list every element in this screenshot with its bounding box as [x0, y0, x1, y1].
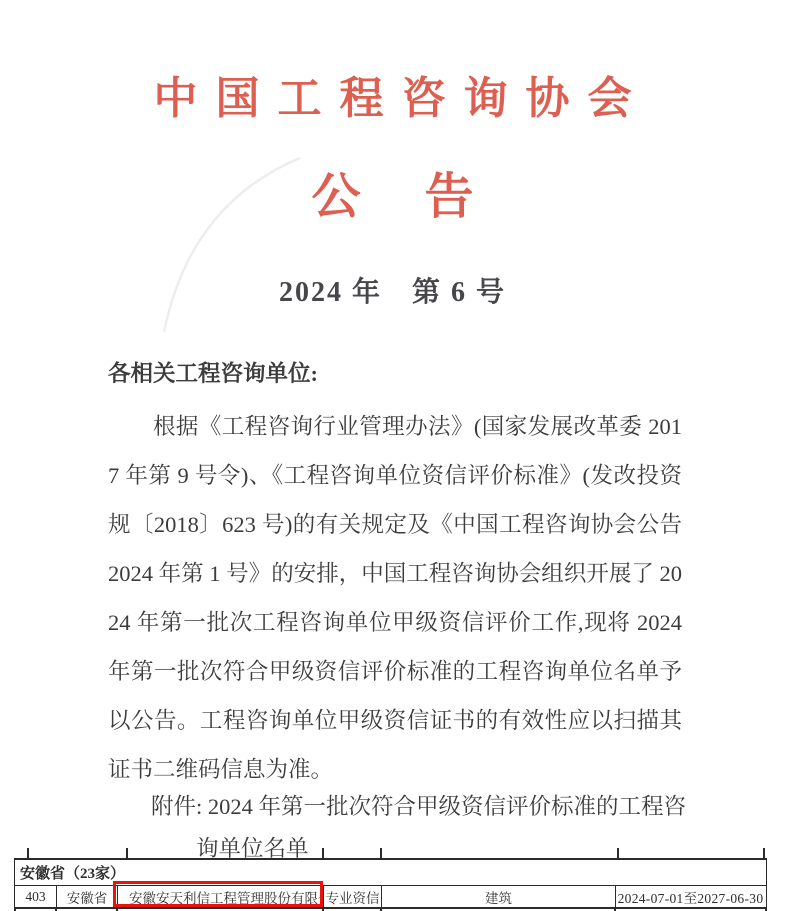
table-group-header-row: 安徽省（23家） — [15, 860, 766, 886]
salutation: 各相关工程咨询单位: — [108, 356, 318, 388]
table-gridline-stub — [763, 848, 765, 858]
cell-seq: 403 — [15, 886, 56, 907]
table-gridline-stub — [380, 848, 382, 858]
table-gridline-stub — [617, 848, 619, 858]
table-gridline-stub — [322, 848, 324, 858]
cell-specialty: 建筑 — [381, 886, 615, 907]
table-grid: 安徽省（23家） 403 安徽省 安徽安天利信工程管理股份有限公司 专业资信 建… — [14, 858, 767, 909]
cell-credential: 专业资信 — [323, 886, 381, 907]
doc-number: 2024 年 第 6 号 — [0, 270, 785, 310]
table-gridline-stub — [27, 848, 29, 858]
doc-type-title: 公告 — [32, 158, 785, 228]
document-page: 中国工程咨询协会 公告 2024 年 第 6 号 各相关工程咨询单位: 根据《工… — [0, 0, 785, 911]
cell-province: 安徽省 — [56, 886, 117, 907]
cell-company: 安徽安天利信工程管理股份有限公司 — [117, 886, 323, 907]
org-title: 中国工程咨询协会 — [9, 62, 785, 126]
cell-validity: 2024-07-01至2027-06-30 — [615, 886, 765, 907]
table-row: 403 安徽省 安徽安天利信工程管理股份有限公司 专业资信 建筑 2024-07… — [15, 886, 766, 908]
group-header-label: 安徽省（23家） — [20, 862, 125, 883]
table-gridline-stub — [126, 848, 128, 858]
attachment-line-1: 附件: 2024 年第一批次符合甲级资信评价标准的工程咨 — [151, 789, 686, 821]
results-table: 安徽省（23家） 403 安徽省 安徽安天利信工程管理股份有限公司 专业资信 建… — [14, 848, 767, 911]
announcement-paragraph: 根据《工程咨询行业管理办法》(国家发展改革委 2017 年第 9 号令)、《工程… — [108, 402, 682, 794]
